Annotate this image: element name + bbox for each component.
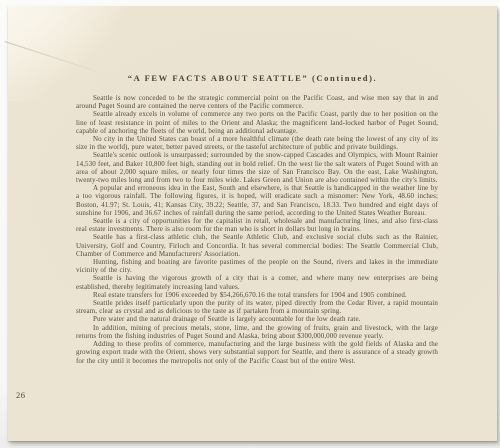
paragraph: Adding to these profits of commerce, man… [76, 340, 438, 365]
paragraph: Seattle has a first-class athletic club,… [76, 233, 438, 258]
paragraph: Real estate transfers for 1906 exceeded … [76, 291, 438, 299]
paragraph: No city in the United States can boast o… [76, 135, 438, 151]
document-page: “A FEW FACTS ABOUT SEATTLE” (Continued).… [8, 6, 497, 441]
paragraph: Seattle is having the vigorous growth of… [76, 274, 438, 290]
body-text: Seattle is now conceded to be the strate… [76, 94, 438, 365]
paragraph: Hunting, fishing and boating are favorit… [76, 258, 438, 274]
page-title: “A FEW FACTS ABOUT SEATTLE” (Continued). [8, 73, 497, 83]
paragraph: Pure water and the natural drainage of S… [76, 315, 438, 323]
paragraph: Seattle's scenic outlook is unsurpassed;… [76, 151, 438, 184]
paragraph: Seattle is a city of opportunities for t… [76, 217, 438, 233]
scanned-document: { "page": { "title": "\u201cA FEW FACTS … [0, 0, 500, 448]
paragraph: In addition, mining of precious metals, … [76, 324, 438, 340]
paragraph: A popular and erroneous idea in the East… [76, 184, 438, 217]
page-corner-curl [8, 6, 128, 101]
page-crease [5, 41, 110, 76]
paragraph: Seattle is now conceded to be the strate… [76, 94, 438, 110]
page-number: 26 [16, 390, 26, 400]
paragraph: Seattle prides itself particularly upon … [76, 299, 438, 315]
paragraph: Seattle already excels in volume of comm… [76, 110, 438, 135]
